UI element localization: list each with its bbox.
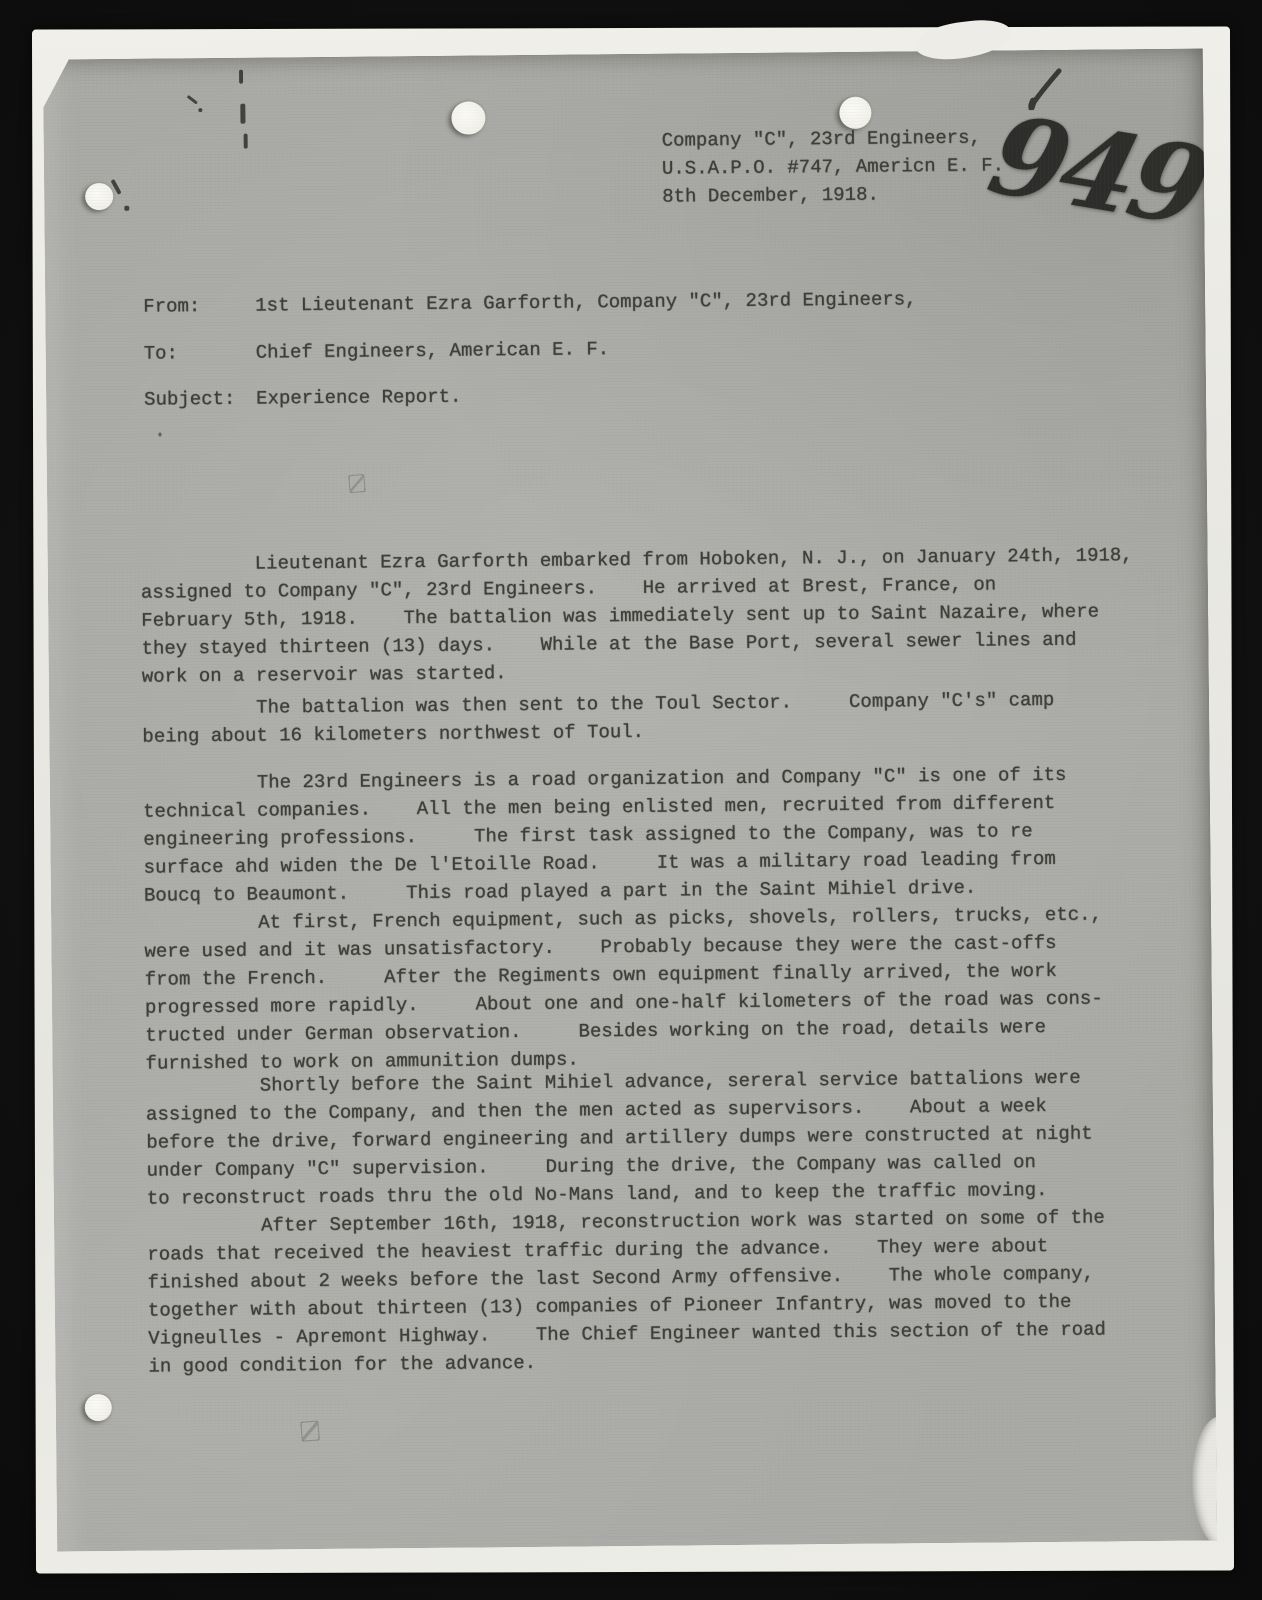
ink-mark	[239, 70, 243, 84]
body-paragraph-2: The battalion was then sent to the Toul …	[142, 685, 1182, 751]
ink-mark	[244, 134, 248, 149]
body-paragraph-1: Lieutenant Ezra Garforth embarked from H…	[141, 541, 1182, 691]
faint-stamp-mark	[300, 1420, 320, 1441]
from-label: From:	[143, 292, 200, 321]
from-value: 1st Lieutenant Ezra Garforth, Company "C…	[255, 284, 1075, 320]
body-paragraph-4: At first, French equipment, such as pick…	[144, 900, 1186, 1078]
handwritten-page-number: 949	[980, 102, 1215, 242]
ink-mark	[198, 108, 202, 112]
faint-stamp-mark	[348, 474, 365, 493]
header-line-company: Company "C", 23rd Engineers,	[662, 124, 982, 155]
ink-mark	[124, 206, 129, 211]
subject-value: Experience Report.	[256, 377, 1076, 413]
header-line-date: 8th December, 1918.	[662, 181, 879, 211]
punch-hole-top-left	[451, 101, 485, 134]
to-value: Chief Engineers, American E. F.	[256, 331, 1076, 367]
ink-mark	[240, 104, 245, 124]
to-label: To:	[144, 339, 178, 367]
ink-mark	[187, 95, 198, 105]
subject-label: Subject:	[144, 385, 235, 414]
header-line-apo: U.S.A.P.O. #747, Americn E. F.	[662, 151, 1004, 182]
punch-hole-left-upper	[85, 183, 113, 210]
photo-backdrop: { "scan": { "header_block": { "line1": "…	[0, 0, 1262, 1600]
body-paragraph-5: Shortly before the Saint Mihiel advance,…	[146, 1063, 1187, 1213]
body-paragraph-6: After September 16th, 1918, reconstructi…	[147, 1203, 1189, 1381]
check-ink-stroke	[1028, 68, 1062, 110]
document-page: 949 Company "C", 23rd Engineers, U.S.A.P…	[43, 48, 1217, 1551]
punch-hole-left-lower	[85, 1394, 112, 1421]
stray-dot	[158, 432, 161, 436]
body-paragraph-3: The 23rd Engineers is a road organizatio…	[143, 760, 1184, 910]
